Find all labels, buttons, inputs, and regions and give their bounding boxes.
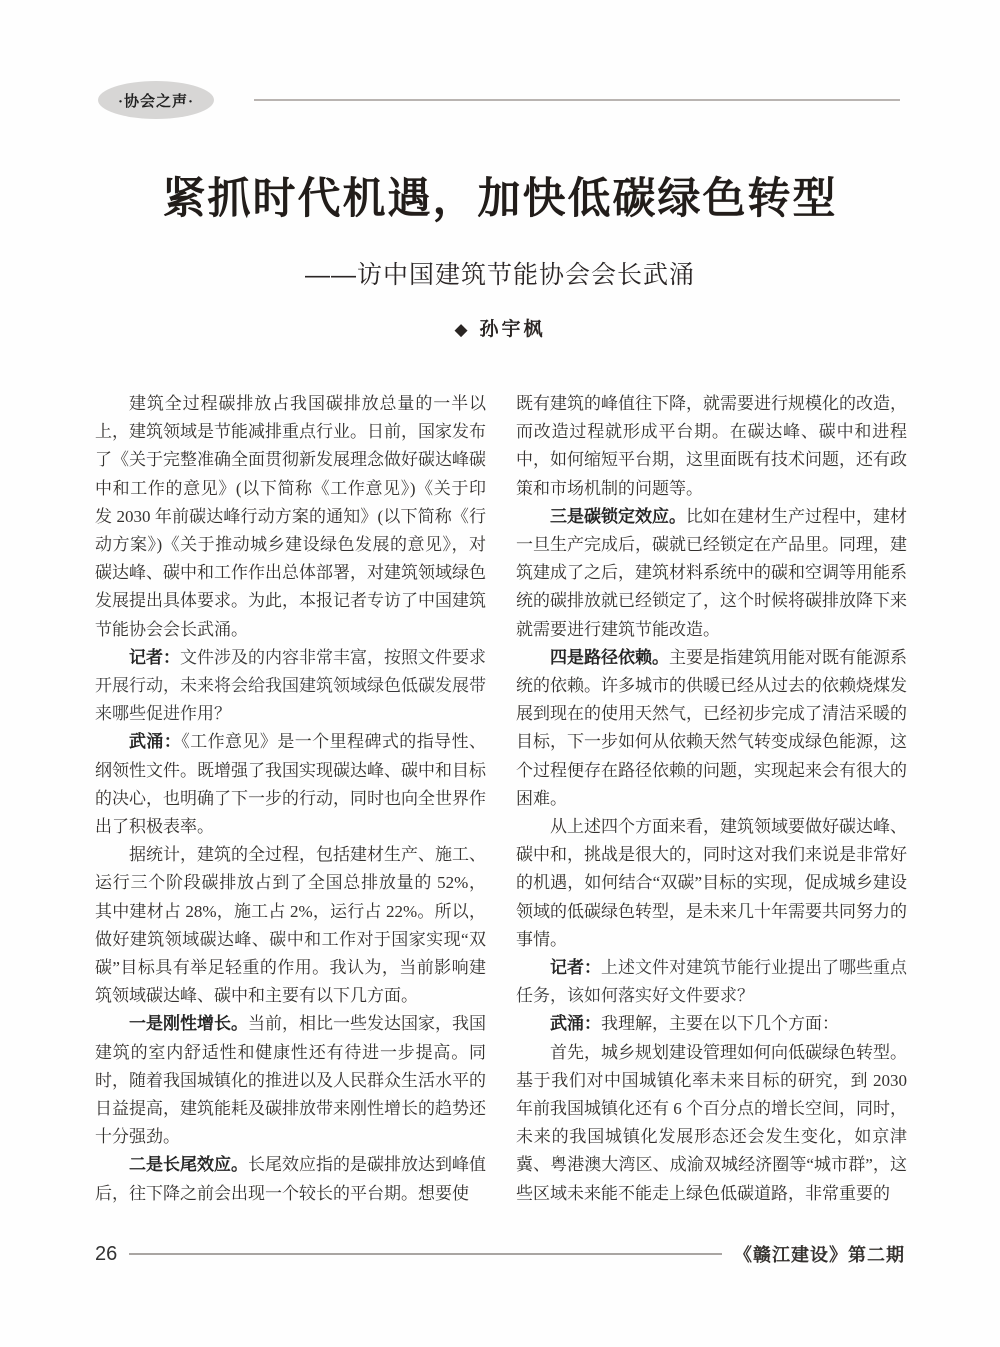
author-name: 孙宇枫 (480, 319, 546, 340)
page-number: 26 (95, 1243, 117, 1266)
paragraph-lead: 一是刚性增长。 (129, 1014, 248, 1033)
paragraph: 四是路径依赖。主要是指建筑用能对既有能源系统的依赖。许多城市的供暖已经从过去的依… (516, 644, 907, 813)
article-subtitle: ——访中国建筑节能协会会长武涌 (0, 255, 1000, 291)
paragraph: 二是长尾效应。长尾效应指的是碳排放达到峰值后，往下降之前会出现一个较长的平台期。… (95, 1151, 486, 1207)
page-footer: 26 《赣江建设》第二期 (95, 1241, 905, 1267)
magazine-page: ·协会之声· 紧抓时代机遇，加快低碳绿色转型 ——访中国建筑节能协会会长武涌 ◆… (0, 0, 1000, 1347)
paragraph-lead: 记者： (550, 958, 601, 977)
diamond-icon: ◆ (454, 320, 467, 340)
paragraph: 建筑全过程碳排放占我国碳排放总量的一半以上，建筑领域是节能减排重点行业。日前，国… (95, 390, 486, 644)
footer-rule (129, 1253, 722, 1255)
journal-name: 《赣江建设》第二期 (734, 1241, 905, 1267)
paragraph: 武涌：我理解，主要在以下几个方面： (516, 1010, 907, 1038)
paragraph: 一是刚性增长。当前，相比一些发达国家，我国建筑的室内舒适性和健康性还有待进一步提… (95, 1010, 486, 1151)
section-badge: ·协会之声· (98, 81, 214, 119)
paragraph: 记者：文件涉及的内容非常丰富，按照文件要求开展行动，未来将会给我国建筑领域绿色低… (95, 644, 486, 729)
article-title: 紧抓时代机遇，加快低碳绿色转型 (0, 165, 1000, 226)
paragraph-lead: 武涌： (550, 1014, 601, 1033)
paragraph: 三是碳锁定效应。比如在建材生产过程中，建材一旦生产完成后，碳就已经锁定在产品里。… (516, 503, 907, 644)
paragraph-lead: 四是路径依赖。 (550, 648, 669, 667)
paragraph: 武涌：《工作意见》是一个里程碑式的指导性、纲领性文件。既增强了我国实现碳达峰、碳… (95, 728, 486, 841)
paragraph: 据统计，建筑的全过程，包括建材生产、施工、运行三个阶段碳排放占到了全国总排放量的… (95, 841, 486, 1010)
article-author: ◆孙宇枫 (0, 314, 1000, 341)
left-column: 建筑全过程碳排放占我国碳排放总量的一半以上，建筑领域是节能减排重点行业。日前，国… (95, 390, 486, 1242)
paragraph: 既有建筑的峰值往下降，就需要进行规模化的改造，而改造过程就形成平台期。在碳达峰、… (516, 390, 907, 503)
paragraph: 首先，城乡规划建设管理如何向低碳绿色转型。基于我们对中国城镇化率未来目标的研究，… (516, 1039, 907, 1208)
paragraph: 记者：上述文件对建筑节能行业提出了哪些重点任务，该如何落实好文件要求？ (516, 954, 907, 1010)
paragraph-lead: 三是碳锁定效应。 (550, 507, 686, 526)
right-column: 既有建筑的峰值往下降，就需要进行规模化的改造，而改造过程就形成平台期。在碳达峰、… (516, 390, 907, 1242)
article-body: 建筑全过程碳排放占我国碳排放总量的一半以上，建筑领域是节能减排重点行业。日前，国… (95, 390, 907, 1242)
paragraph-lead: 二是长尾效应。 (129, 1155, 248, 1174)
page-header: ·协会之声· (98, 80, 900, 120)
header-rule (254, 99, 900, 101)
paragraph-lead: 记者： (129, 648, 180, 667)
paragraph-lead: 武涌： (129, 732, 181, 751)
section-badge-label: ·协会之声· (118, 90, 194, 111)
paragraph: 从上述四个方面来看，建筑领域要做好碳达峰、碳中和，挑战是很大的，同时这对我们来说… (516, 813, 907, 954)
